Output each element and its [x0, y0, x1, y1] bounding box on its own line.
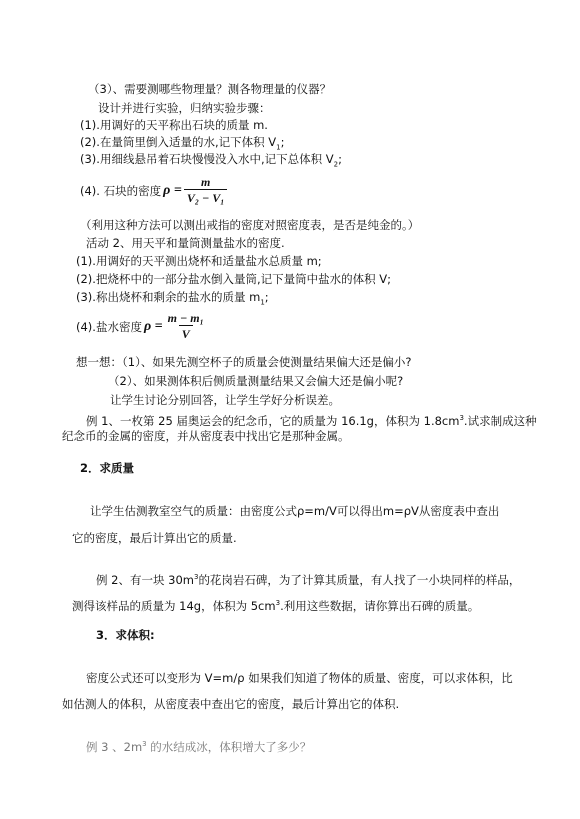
- ring-note: （利用这种方法可以测出戒指的密度对照密度表，是否是纯金的。）: [80, 218, 419, 232]
- denominator: V: [179, 325, 193, 341]
- text: 例 1、一枚第 25 届奥运会的纪念币，它的质量为 16.1g，体积为 1.8c…: [86, 414, 459, 428]
- numerator: m: [198, 176, 213, 189]
- fraction: m V₂ − V₁: [184, 176, 228, 205]
- design-instruction: 设计并进行实验，归纳实验步骤：: [98, 101, 271, 115]
- subscript: 1: [260, 298, 264, 306]
- step-text: (3).称出烧杯和剩余的盐水的质量 m: [76, 290, 260, 304]
- denominator: V₂ − V₁: [184, 189, 228, 205]
- punct: ;: [281, 135, 285, 149]
- question-3: （3）、需要测哪些物理量？测各物理量的仪器？: [88, 82, 331, 96]
- text: 的花岗岩石碑，为了计算其质量，有人找了一小块同样的样品，: [198, 573, 520, 587]
- formula-label: (4).盐水密度: [76, 319, 142, 335]
- stone-density-formula: (4). 石块的密度 ρ = m V₂ − V₁: [80, 176, 227, 205]
- step-3: (3).用细线悬吊着石块慢慢没入水中,记下总体积 V2;: [80, 152, 342, 171]
- think-question-2: （2）、如果测体积后侧质量测量结果又会偏大还是偏小呢?: [108, 374, 403, 388]
- text: 的水结成冰，体积增大了多少？: [147, 740, 312, 754]
- fraction: m − m₁ V: [165, 312, 207, 341]
- activity-2-step-2: (2).把烧杯中的一部分盐水倒入量筒,记下量筒中盐水的体积 V;: [76, 272, 391, 286]
- text: 例 3 、2m: [86, 740, 142, 754]
- step-2-text: (2).在量筒里倒入适量的水,记下体积 V: [80, 135, 276, 149]
- formula-label: (4). 石块的密度: [80, 183, 161, 199]
- example-2-line-1: 例 2、有一块 30m3的花岗岩石碑，为了计算其质量，有人找了一小块同样的样品，: [96, 570, 520, 587]
- section-2-para-line-1: 让学生估测教室空气的质量：由密度公式ρ=m/V可以得出m=ρV从密度表中查出: [90, 504, 499, 518]
- section-3-para-line-1: 密度公式还可以变形为 V=m/ρ 如果我们知道了物体的质量、密度，可以求体积，比: [86, 671, 513, 685]
- brine-density-formula: (4).盐水密度 ρ = m − m₁ V: [76, 312, 207, 341]
- example-1-line-1: 例 1、一枚第 25 届奥运会的纪念币，它的质量为 16.1g，体积为 1.8c…: [86, 411, 537, 428]
- text: .试求制成这种: [464, 414, 537, 428]
- section-3-heading: 3．求体积:: [96, 628, 155, 642]
- text: 例 2、有一块 30m: [96, 573, 194, 587]
- text: 测得该样品的质量为 14g，体积为 5cm: [72, 599, 276, 613]
- example-3: 例 3 、2m3 的水结成冰，体积增大了多少？: [86, 737, 311, 754]
- text: .利用这些数据，请你算出石碑的质量。: [280, 599, 479, 613]
- example-2-line-2: 测得该样品的质量为 14g，体积为 5cm3.利用这些数据，请你算出石碑的质量。: [72, 596, 479, 613]
- section-2-heading: 2．求质量: [80, 461, 134, 475]
- section-3-para-line-2: 如估测人的体积，从密度表中查出它的密度，最后计算出它的体积.: [62, 697, 399, 711]
- think-question-1: 想一想：（1）、如果先测空杯子的质量会使测量结果偏大还是偏小?: [76, 355, 411, 369]
- rho-symbol: ρ =: [163, 183, 182, 199]
- numerator: m − m₁: [165, 312, 207, 325]
- step-3-text: (3).用细线悬吊着石块慢慢没入水中,记下总体积 V: [80, 152, 334, 166]
- section-2-para-line-2: 它的密度，最后计算出它的质量.: [72, 531, 237, 545]
- punct: ;: [338, 152, 342, 166]
- activity-2-step-1: (1).用调好的天平测出烧杯和适量盐水总质量 m;: [76, 254, 322, 268]
- discussion-note: 让学生讨论分别回答，让学生学好分析误差。: [110, 393, 340, 407]
- example-1-line-2: 纪念币的金属的密度，并从密度表中找出它是那种金属。: [62, 429, 350, 443]
- activity-2-step-3: (3).称出烧杯和剩余的盐水的质量 m1;: [76, 290, 269, 309]
- step-1: (1).用调好的天平称出石块的质量 m.: [80, 118, 268, 132]
- rho-symbol: ρ =: [144, 319, 163, 335]
- activity-2-title: 活动 2、用天平和量筒测量盐水的密度.: [86, 236, 285, 250]
